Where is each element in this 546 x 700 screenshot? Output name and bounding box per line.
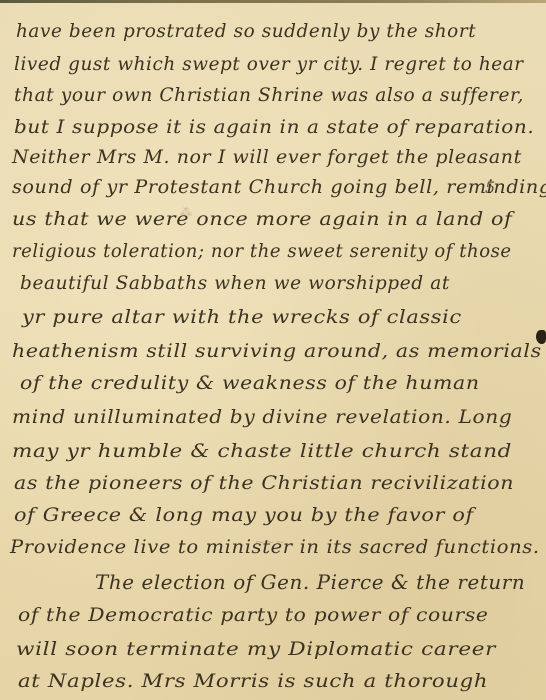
letter-line: have been prostrated so suddenly by the … <box>16 20 476 42</box>
letter-line: but I suppose it is again in a state of … <box>14 116 534 138</box>
letter-line: heathenism still surviving around, as me… <box>12 340 542 362</box>
letter-line: of the credulity & weakness of the human <box>20 372 480 394</box>
letter-line: beautiful Sabbaths when we worshipped at <box>20 272 450 294</box>
bleed-through-mark: ⁂ <box>180 205 192 219</box>
letter-page: have been prostrated so suddenly by the … <box>0 0 546 700</box>
letter-line: as the pioneers of the Christian recivil… <box>14 472 514 494</box>
bleed-through-mark: ~~~ <box>255 535 285 549</box>
page-top-edge <box>0 0 546 3</box>
letter-line: of Greece & long may you by the favor of <box>14 504 474 526</box>
letter-line: us that we were once more again in a lan… <box>12 208 512 230</box>
letter-line: yr pure altar with the wrecks of classic <box>22 306 462 328</box>
letter-line: lived gust which swept over yr city. I r… <box>14 53 524 75</box>
letter-line: religious toleration; nor the sweet sere… <box>12 240 512 262</box>
letter-line: Neither Mrs M. nor I will ever forget th… <box>12 146 522 168</box>
letter-line: of the Democratic party to power of cour… <box>18 604 489 626</box>
margin-mark: 5 <box>485 178 495 197</box>
letter-line: sound of yr Protestant Church going bell… <box>12 176 546 198</box>
letter-line: that your own Christian Shrine was also … <box>14 84 524 106</box>
letter-line: at Naples. Mrs Morris is such a thorough <box>18 670 488 692</box>
ink-blot <box>536 330 546 344</box>
letter-line: may yr humble & chaste little church sta… <box>12 440 512 462</box>
letter-line: mind unilluminated by divine revelation.… <box>12 406 512 428</box>
letter-line: will soon terminate my Diplomatic career <box>16 638 496 660</box>
paragraph-start-line: The election of Gen. Pierce & the return <box>95 570 525 594</box>
